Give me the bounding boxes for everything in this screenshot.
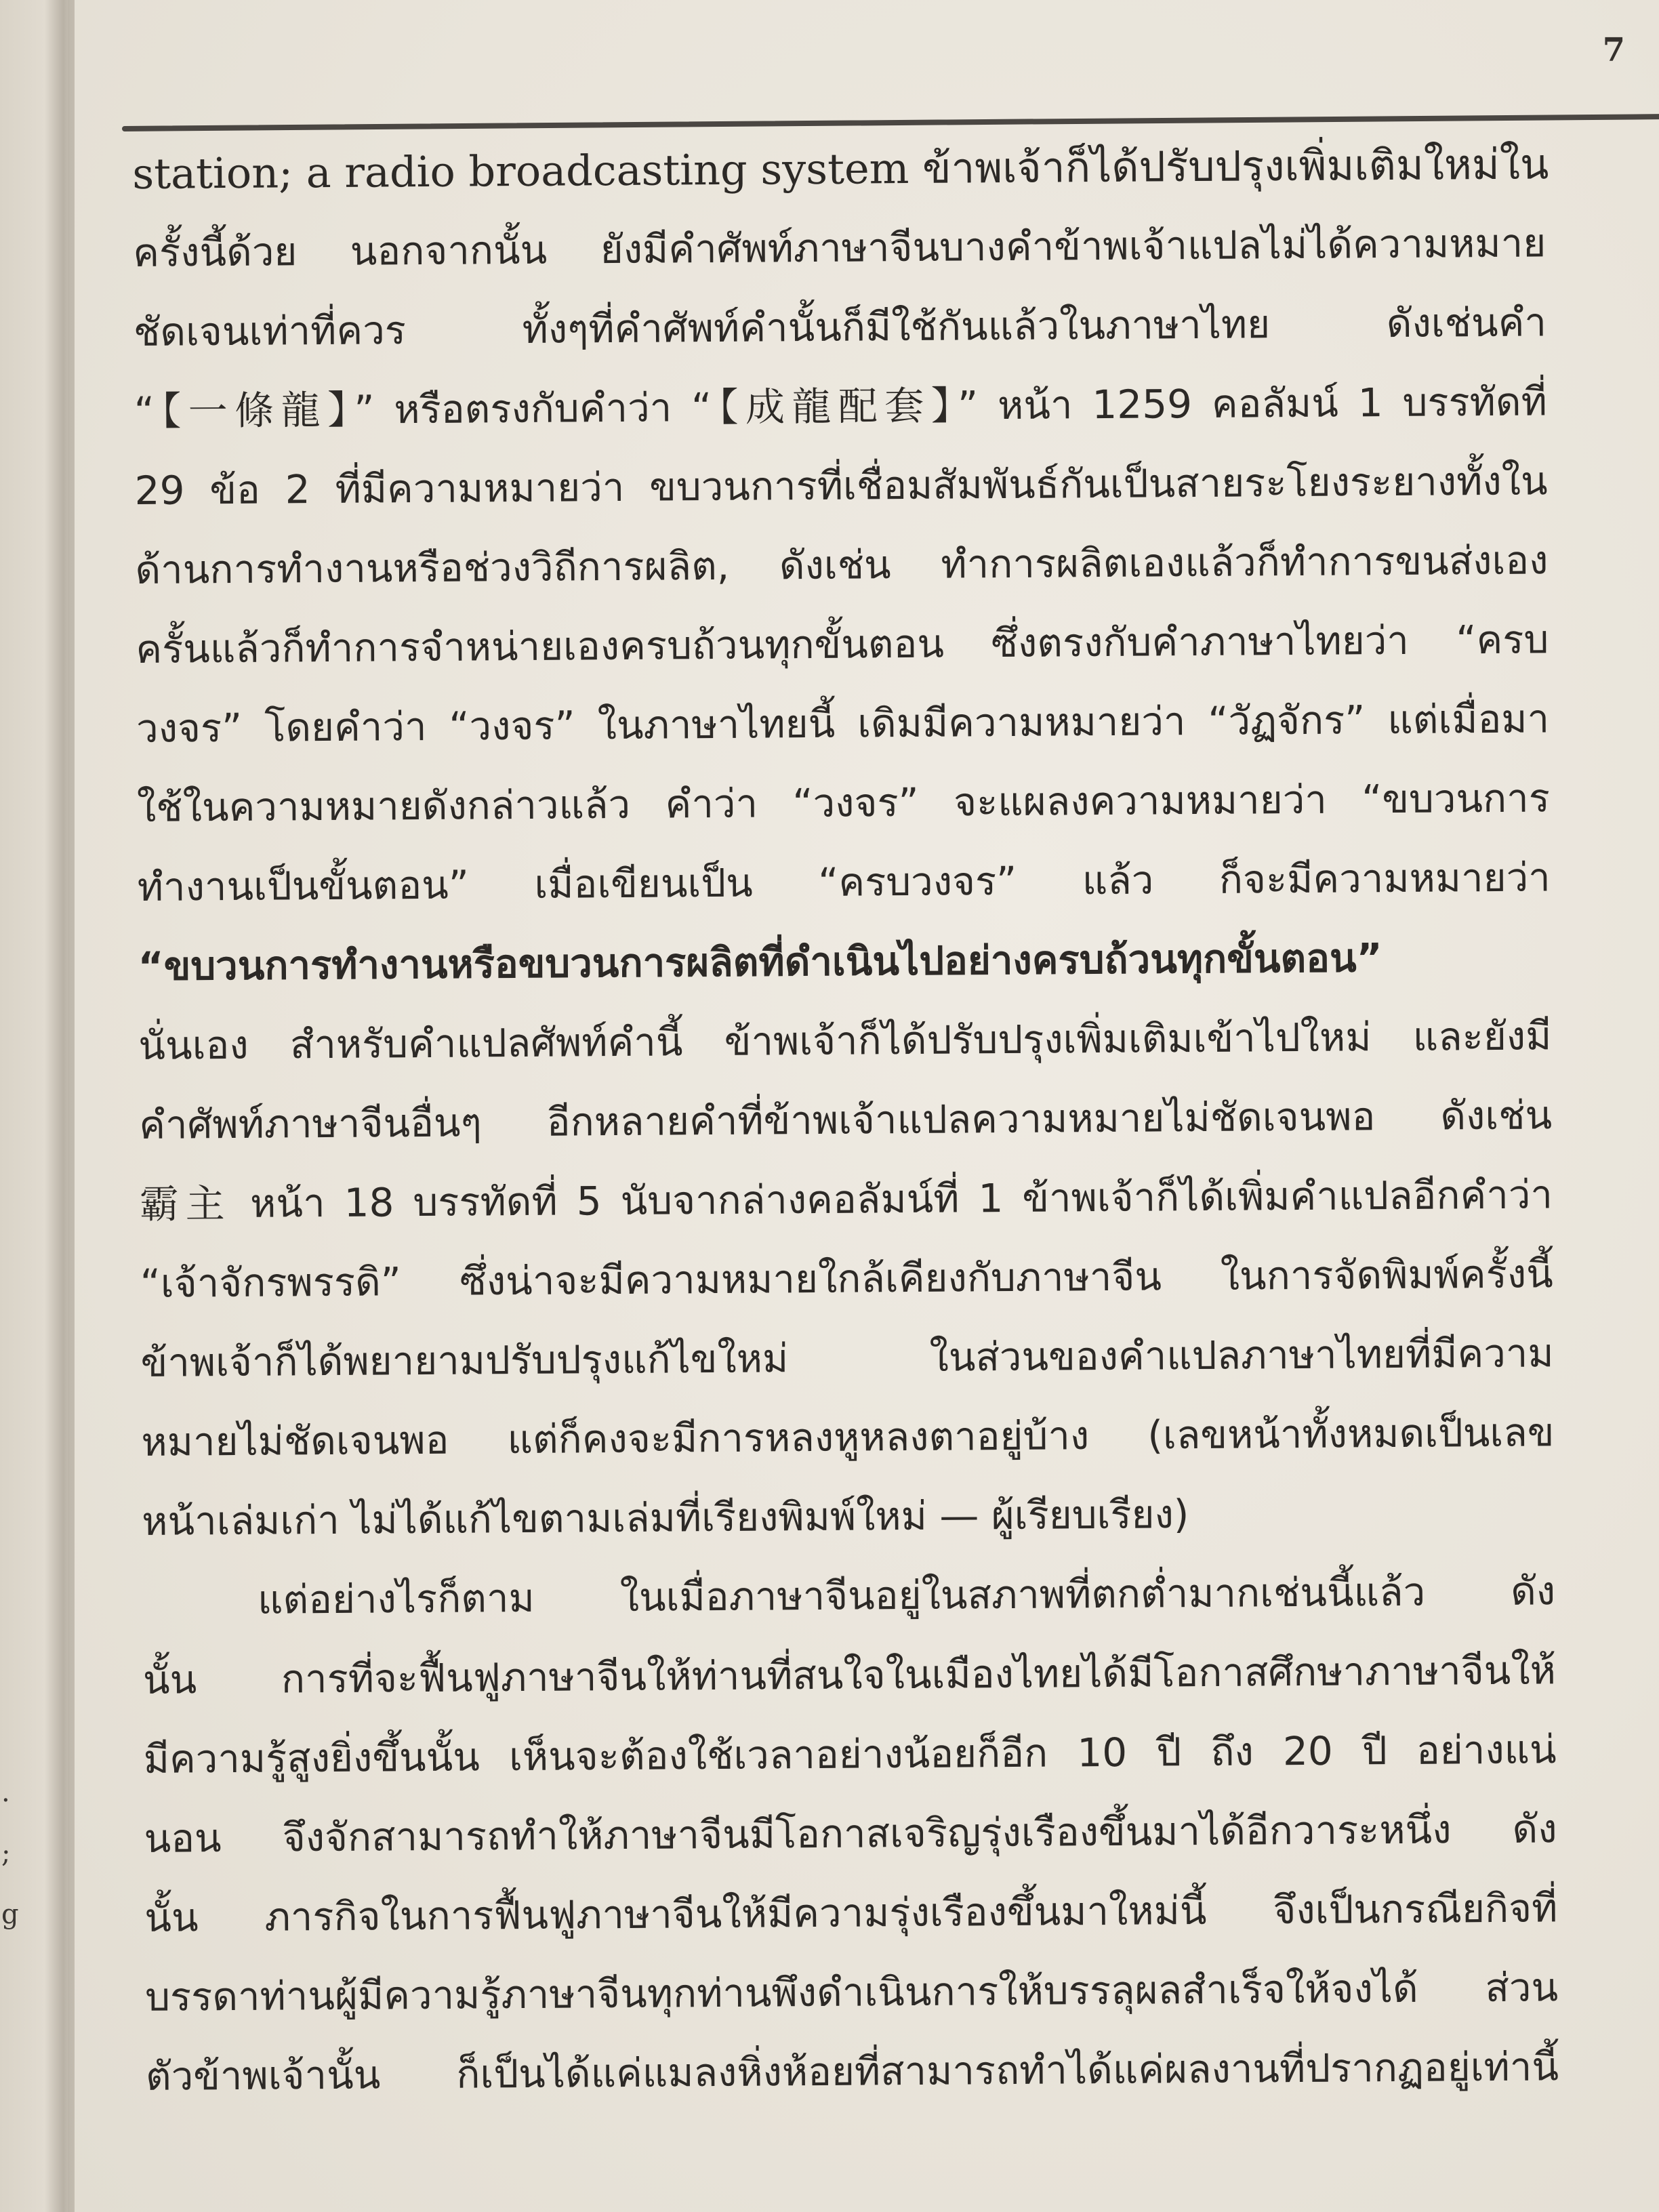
text-line: ด้านการทำงานหรือช่วงวิถีการผลิต, ดังเช่น… (135, 520, 1549, 610)
text-line: 霸主 หน้า 18 บรรทัดที่ 5 นับจากล่างคอลัมน์… (140, 1155, 1553, 1244)
text-line: บรรดาท่านผู้มีความรู้ภาษาจีนทุกท่านพึงดำ… (145, 1948, 1559, 2037)
text-line: ครั้งนี้ด้วย นอกจากนั้น ยังมีคำศัพท์ภาษา… (133, 203, 1547, 293)
facing-mark: g (1, 1884, 15, 1945)
text-line: หน้าเล่มเก่า ไม่ได้แก้ไขตามเล่มที่เรียงพ… (142, 1472, 1555, 1561)
facing-page-edge: . ; g (0, 0, 75, 2212)
text-line: “【一條龍】” หรือตรงกับคำว่า “【成龍配套】” หน้า 12… (134, 362, 1547, 451)
text-line: station; a radio broadcasting system ข้า… (132, 124, 1546, 213)
facing-mark: ; (1, 1823, 15, 1884)
text-line: ข้าพเจ้าก็ได้พยายามปรับปรุงแก้ไขใหม่ ในส… (140, 1313, 1554, 1403)
body-text: station; a radio broadcasting system ข้า… (132, 124, 1559, 2116)
paragraph-start-line: แต่อย่างไรก็ตาม ในเมื่อภาษาจีนอยู่ในสภาพ… (142, 1551, 1556, 1641)
text-line: คำศัพท์ภาษาจีนอื่นๆ อีกหลายคำที่ข้าพเจ้า… (139, 1076, 1553, 1165)
text-line: ครั้นแล้วก็ทำการจำหน่ายเองครบถ้วนทุกขั้น… (136, 600, 1549, 689)
text-line-emphasis: “ขบวนการทำงานหรือขบวนการผลิตที่ดำเนินไปอ… (138, 917, 1551, 1006)
text-line: นั้น ภารกิจในการฟื้นฟูภาษาจีนให้มีความรุ… (144, 1868, 1558, 1958)
text-line: ตัวข้าพเจ้านั้น ก็เป็นได้แค่แมลงหิ่งห้อย… (146, 2027, 1559, 2116)
text-line: ใช้ในความหมายดังกล่าวแล้ว คำว่า “วงจร” จ… (137, 758, 1551, 848)
facing-mark: . (1, 1762, 15, 1823)
text-line: หมายไม่ชัดเจนพอ แต่ก็คงจะมีการหลงหูหลงตา… (141, 1393, 1555, 1482)
book-page: 7 station; a radio broadcasting system ข… (75, 0, 1659, 2212)
text-line: 29 ข้อ 2 ที่มีความหมายว่า ขบวนการที่เชื่… (134, 441, 1548, 531)
page-number: 7 (1603, 31, 1625, 69)
text-line: ชัดเจนเท่าที่ควร ทั้งๆที่คำศัพท์คำนั้นก็… (134, 283, 1547, 372)
facing-page-marks: . ; g (1, 1762, 15, 1945)
text-line: “เจ้าจักรพรรดิ” ซึ่งน่าจะมีความหมายใกล้เ… (140, 1234, 1553, 1324)
text-line: ทำงานเป็นขั้นตอน” เมื่อเขียนเป็น “ครบวงจ… (137, 838, 1551, 927)
text-line: นั้น การที่จะฟื้นฟูภาษาจีนให้ท่านที่สนใจ… (143, 1631, 1557, 1720)
text-line: มีความรู้สูงยิ่งขึ้นนั้น เห็นจะต้องใช้เว… (143, 1710, 1557, 1799)
text-line: นอน จึงจักสามารถทำให้ภาษาจีนมีโอกาสเจริญ… (144, 1789, 1557, 1879)
text-line: นั่นเอง สำหรับคำแปลศัพท์คำนี้ ข้าพเจ้าก็… (138, 996, 1552, 1086)
text-line: วงจร” โดยคำว่า “วงจร” ในภาษาไทยนี้ เดิมม… (136, 679, 1550, 769)
